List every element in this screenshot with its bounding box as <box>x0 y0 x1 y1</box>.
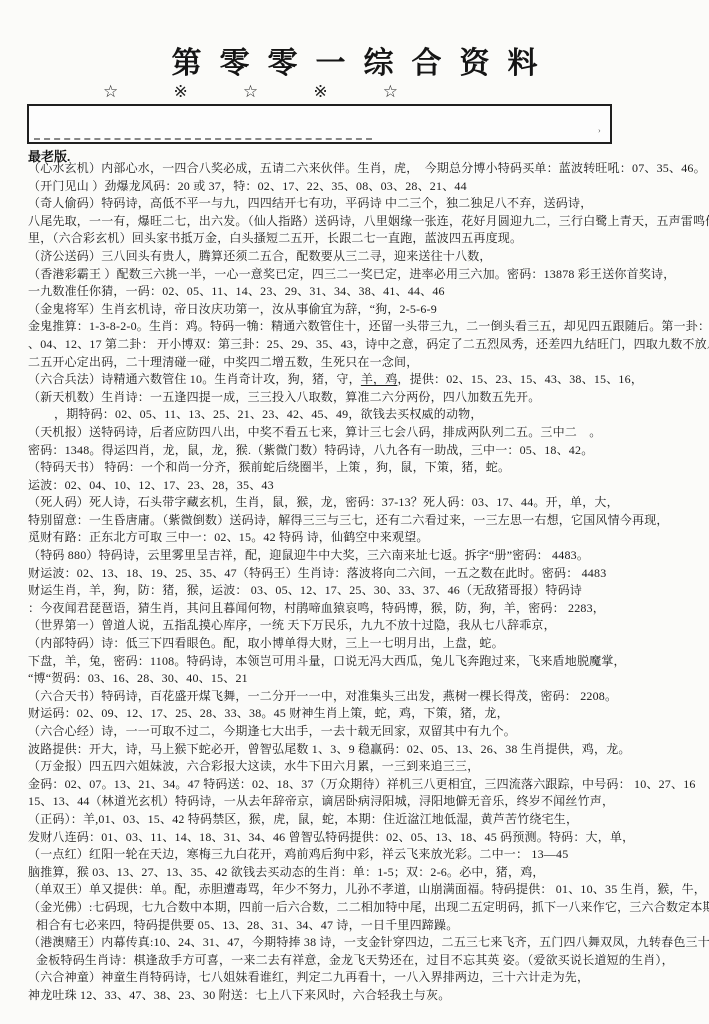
text-line: 财运生肖，羊，狗，防：猪，猴，运波： 03、05、12、17、25、30、33、… <box>28 582 706 600</box>
text-line: （单双王）单又提供：单。配，赤胆遭毒骂，年少不努力，儿孙不孝道，山崩满面福。特码… <box>28 881 706 899</box>
text-line: 金码：02、07。13、21、34。47 特码送：02、18、37（万众期待）祥… <box>28 776 706 794</box>
text-line: 里，（六合彩玄机）回头家书抵万金，白头搔短二五开，长跟二七一直跑，蓝波四五再度现… <box>28 230 706 248</box>
text-line: 下盘，羊，兔，密码：1108。特码诗，本领岂可用斗量，口说无冯大西瓜，兔儿飞奔跑… <box>28 653 706 671</box>
reference-mark-icon: ※ <box>313 82 327 102</box>
star-icon: ☆ <box>243 82 258 102</box>
text-line: （世界第一）曾道人说，五指乱摸心库序，一统 天下万民乐，九九不放十过隐，我从七八… <box>28 617 706 635</box>
text-line: 、04、12、17 第二卦： 开小博双：第三卦：25、29、35、43，诗中之意… <box>28 336 706 354</box>
text-line: 觅财有路：正东北方可取 三中一：02、15。42 特码 诗，仙鹤空中来观望。 <box>28 529 706 547</box>
text-line: 相合有七必来四，特码提供要 05、13、28、31、34、47 诗，一日千里四蹄… <box>28 917 706 935</box>
text-line: （金光佛）:七码现，七九合数中本期，四前一后六合数，二二相加特中尾，出现二五定明… <box>28 899 706 917</box>
text-line: 金鬼推算：1-3-8-2-0。生肖：鸡。特码一觕：精通六数管住十，还留一头带三九… <box>28 318 706 336</box>
star-icon: ☆ <box>103 82 118 102</box>
text-line: （六合天书）特码诗，百花盛开煤飞舞，一二分开一一中，对准集头三出发，燕树一棵长得… <box>28 688 706 706</box>
text-line: “博“贺码：03、16、28、30、40、15、21 <box>28 670 706 688</box>
text-line: （心水玄机）内部心水，一四合八奖必成，五请二六来伙伴。生肖，虎， 今期总分博小特… <box>28 160 706 178</box>
text-line: （内部特码）诗：低三下四看眼色。配，取小博单得大财，三上一七明月出，上盘，蛇。 <box>28 635 706 653</box>
text-line: 财运波：02、13、18、19、25、35、47（特码王）生肖诗：落波将向二六间… <box>28 565 706 583</box>
text-line: （六合兵法）诗精通六数管住 10。生肖奇计攻，狗，猪，守，羊，鸡，提供：02、1… <box>28 371 706 389</box>
text-line: （特码 880）特码诗，云里雾里呈吉祥，配，迎鼠迎牛中大奖，三六南来址七返。拆字… <box>28 547 706 565</box>
text-line: ，期特码：02、05、11、13、25、21、23、42、45、49，欲钱去买权… <box>28 406 706 424</box>
text-line: （港澳赌王）内幕传真:10、24、31、47，今期特捧 38 诗，一支金针穿四边… <box>28 934 706 952</box>
text-line: （香港彩霸王 ）配数三六挑一半，一心一意奖已定，四三二一奖已定，进率必用三六加。… <box>28 266 706 284</box>
text-line: （天机报）送特码诗，后者应防四八出，中奖不看五七来，算计三七会八码，排成两队列二… <box>28 424 706 442</box>
text-line: （六合心经）诗，一一可取不过二，今期逢七大出手，一去十载无回家，双留其中有九个。 <box>28 723 706 741</box>
stars-row: ☆ ※ ☆ ※ ☆ <box>103 82 398 102</box>
text-line: （正码）：羊,01、03、15、42 特码禁区，猴，虎，鼠，蛇，本期：住近湓江地… <box>28 811 706 829</box>
text-line: 金板特码生肖诗：棋逢敌手方可喜，一来二去有祥意，金龙飞天势还在，过目不忘其英 姿… <box>28 952 706 970</box>
text-line: 密码：1348。得运四肖，龙，鼠，龙，猴.（紫微门数）特码诗，八九各有一助战，三… <box>28 442 706 460</box>
text-line: 脑推算，猴 03、13、27、13、35、42 欲钱去买动态的生肖：单：1-5；… <box>28 864 706 882</box>
text-line: 运波：02、04、10、12、17、23、28，35、43 <box>28 477 706 495</box>
text-line: 八尾先取，一一有，爆旺二七，出六发。（仙人指路）送码诗，八里姻缘一张连，花好月圆… <box>28 213 706 231</box>
reference-mark-icon: ※ <box>173 82 187 102</box>
text-line: （济公送码）三八回头有贵人，腾算还须二五合，配数要从三二寻，迎来送往十八数， <box>28 248 706 266</box>
star-icon: ☆ <box>383 82 398 102</box>
underlined-text: 羊，鸡 <box>361 372 398 386</box>
text-line: 特别留意：一生昏唐庸。（紫微倒数）送码诗，解得三三与三七，还有二六看过来，一三左… <box>28 512 706 530</box>
text-line: 神龙吐珠 12、33、47、38、23、30 附送：七上八下来风时，六合轻我土与… <box>28 987 706 1005</box>
text-line: （新天机数）生肖诗：一五逢四提一成，三三投入八取数，算准二六分两份，四八加数五先… <box>28 389 706 407</box>
text-line: 一九数准任你猜，一码：02、05、11、14、23、29、31、34、38、41… <box>28 283 706 301</box>
page-title: 第零零一综合资料 <box>0 38 709 82</box>
text-line: （死人码）死人诗，石头带字藏玄机，生肖，鼠，猴，龙，密码：37-13？死人码：0… <box>28 494 706 512</box>
text-line: （金鬼将军）生肖玄机诗，帝日汝庆功第一，汝从事偷宜为辞，“狗，2-5-6-9 <box>28 301 706 319</box>
dashed-line <box>34 138 372 140</box>
text-line: ：今夜闻君琵琶语，猜生肖，其问且暮闻何物，村鹃啼血猿哀鸣，特码博，猴，防，狗，羊… <box>28 600 706 618</box>
text-line: （六合神童）神童生肖特码诗，七八姐妹看谁红，判定二九再看十，一八入界排两边，三十… <box>28 969 706 987</box>
text-line: 15、13、44（林道光玄机）特码诗，一从去年辞帝京，谪居卧病浔阳城，浔阳地僻无… <box>28 793 706 811</box>
text-line: （奇人偷码）特码诗，高低不平一与九，四四结开七有功，平码诗 中二三个，独二独足八… <box>28 195 706 213</box>
scan-speck: › <box>598 126 601 135</box>
text-segment: （六合兵法）诗精通六数管住 10。生肖奇计攻，狗，猪，守， <box>28 372 361 386</box>
document-body: （心水玄机）内部心水，一四合八奖必成，五请二六来伙伴。生肖，虎， 今期总分博小特… <box>28 160 706 1005</box>
text-line: （万金报）四五四六姐妹波，六合彩报大这读，水牛下田六月累，一三到来追三三， <box>28 758 706 776</box>
text-line: 二五开心定出码，二十理清碰一碰，中奖四二增五数，生死只在一念间， <box>28 354 706 372</box>
text-line: （开门见山 ）劲爆龙风码：20 或 37，特：02、17、22、35、08、03… <box>28 178 706 196</box>
text-line: 财运码：02、09、12、17、25、28、33、38。45 财神生肖上策，蛇，… <box>28 705 706 723</box>
text-line: （特码天书） 特码：一个和尚一分齐，猴前蛇后绕圈半，上策 ，狗，鼠，下策，猪，蛇… <box>28 459 706 477</box>
text-line: （一点红）红阳一轮在天边，寒梅三九白花开，鸡前鸡后狗中彩，祥云飞来放光彩。二中一… <box>28 846 706 864</box>
text-segment: ，提供：02、15、23、15、43、38、15、16， <box>397 372 643 386</box>
text-line: 波路提供：开大，诗，马上猴下蛇必开，曾智弘尾数 1、3、9 稳赢码：02、05、… <box>28 741 706 759</box>
text-line: 发财八连码：01、03、11、14、18、31、34、46 曾智弘特码提供：02… <box>28 829 706 847</box>
